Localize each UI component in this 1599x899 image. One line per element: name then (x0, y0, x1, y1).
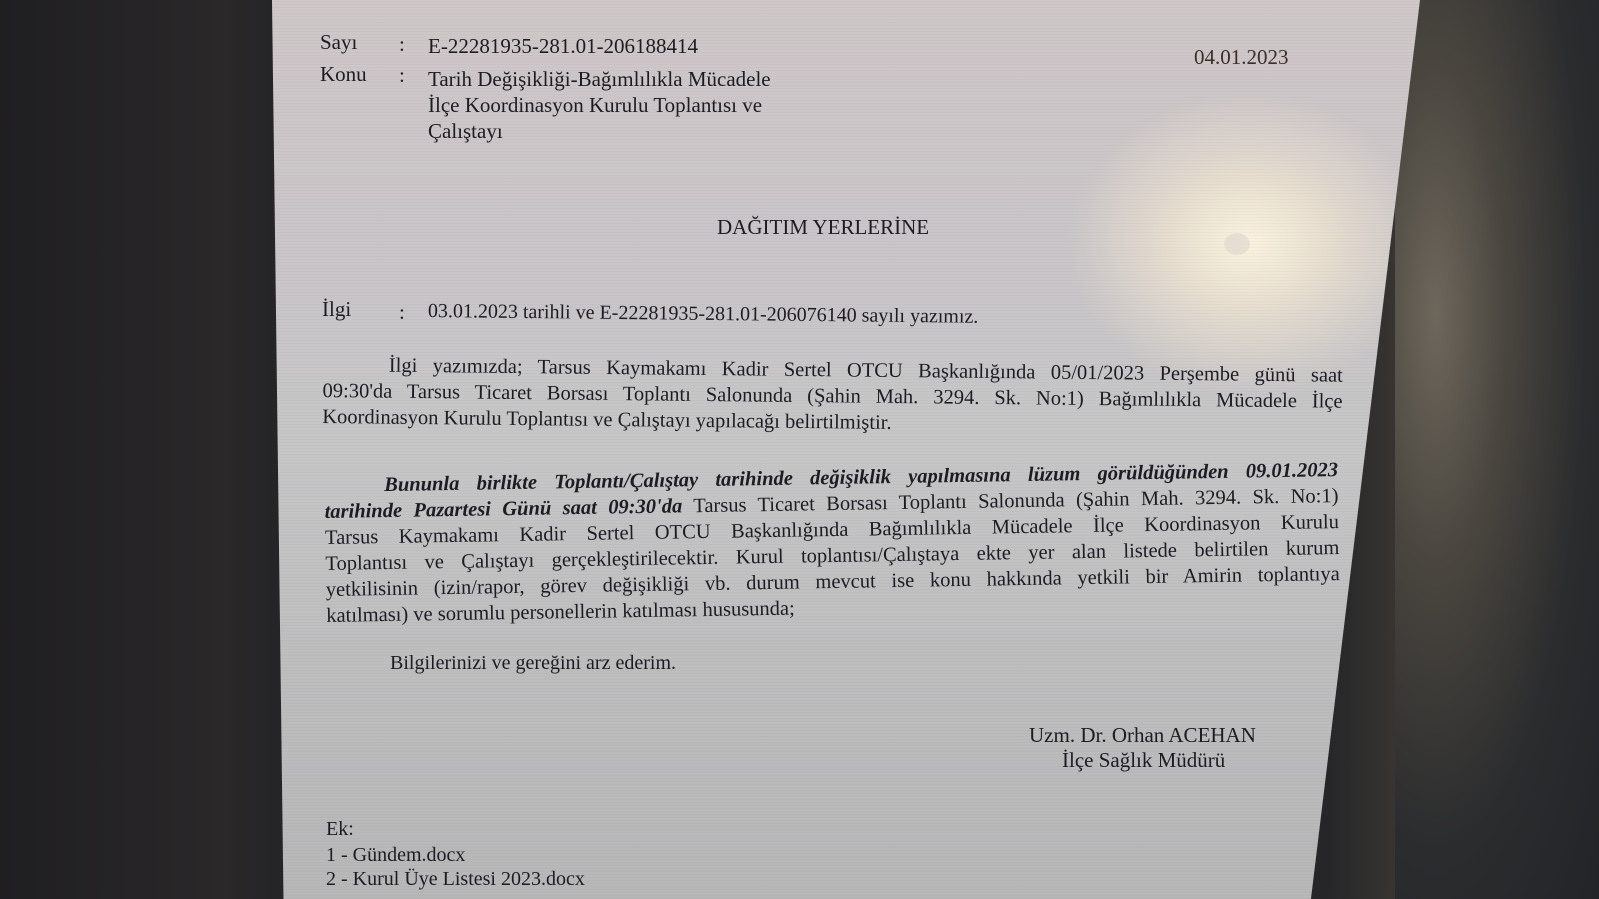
sayi-label: Sayı (320, 30, 357, 55)
konu-colon: : (399, 63, 405, 88)
attachments-label: Ek: (326, 818, 354, 841)
document-date: 04.01.2023 (1194, 45, 1289, 70)
closing-text: Bilgilerinizi ve gereğini arz ederim. (390, 652, 676, 675)
paragraph-1: İlgi yazımızda; Tarsus Kaymakamı Kadir S… (322, 352, 1343, 441)
ilgi-label: İlgi (322, 297, 351, 322)
konu-line-3: Çalıştayı (428, 119, 503, 144)
monitor-bezel-right (1395, 0, 1599, 899)
paragraph-2: Bununla birlikte Toplantı/Çalıştay tarih… (324, 457, 1340, 629)
addressee-heading: DAĞITIM YERLERİNE (717, 215, 929, 240)
konu-line-2: İlçe Koordinasyon Kurulu Toplantısı ve (428, 93, 762, 118)
paragraph-2-bold-segment: tarihinde Pazartesi Günü saat 09:30'da (324, 495, 682, 523)
konu-label: Konu (320, 62, 367, 87)
screen-glare (1224, 233, 1250, 255)
sayi-value: E-22281935-281.01-206188414 (428, 34, 698, 59)
attachment-item[interactable]: 1 - Gündem.docx (326, 844, 465, 867)
attachment-item[interactable]: 2 - Kurul Üye Listesi 2023.docx (326, 868, 585, 891)
signature-title: İlçe Sağlık Müdürü (1062, 748, 1225, 773)
signature-name: Uzm. Dr. Orhan ACEHAN (1029, 723, 1256, 748)
ilgi-colon: : (399, 300, 405, 325)
sayi-colon: : (399, 32, 405, 57)
konu-line-1: Tarih Değişikliği-Bağımlılıkla Mücadele (428, 67, 771, 92)
